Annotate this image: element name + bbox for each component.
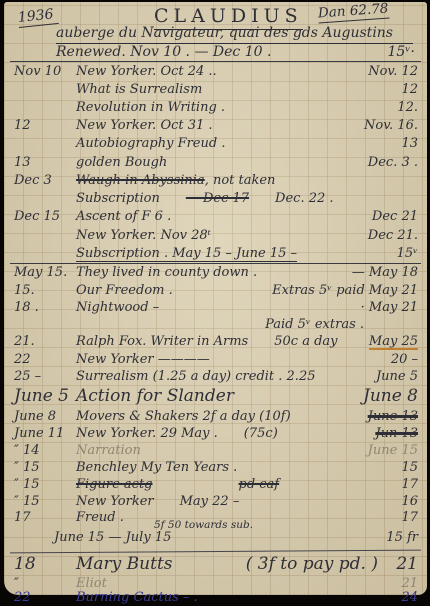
entry-note: Dec. 22 . xyxy=(275,192,333,205)
library-card-photo: { "palette": { "paper": "#d8cdb1", "ink"… xyxy=(0,0,430,606)
return-date: 13 xyxy=(401,137,418,150)
fee-note: Paid 5ᵛ extras . xyxy=(265,318,364,331)
rate-note: (75c) xyxy=(244,427,278,440)
book-title-struck: Waugh in Abyssinia xyxy=(76,174,205,187)
entry-date: ″ 15 xyxy=(14,461,76,474)
subscription-fee: 15ᵛ xyxy=(397,247,418,260)
fee-note: Extras 5ᵛ paid May 21 xyxy=(272,284,418,297)
return-date: June 8 xyxy=(363,388,418,405)
book-title: New Yorker ———— xyxy=(76,353,210,366)
book-title-struck: Figure actg xyxy=(76,478,153,491)
entry-date: Dec 15 xyxy=(14,210,76,223)
entry-date: ″ 15 xyxy=(14,495,76,508)
book-title: Burning Cactus – . xyxy=(76,591,198,604)
ledger-row: 12New Yorker. Oct 31 .Nov. 16. xyxy=(14,119,418,137)
book-title: New Yorker. 29 May . xyxy=(76,427,218,440)
return-date: Dec 21. xyxy=(368,229,418,242)
ledger-row: Revolution in Writing .12. xyxy=(14,101,418,119)
book-title: New Yorker. Nov 28ᵗ xyxy=(76,229,211,242)
subscription-rule xyxy=(10,263,421,264)
subscription-text: June 15 — July 15 xyxy=(54,531,171,544)
return-date: Dec 21 xyxy=(372,210,418,223)
entry-date: 13 xyxy=(14,156,76,169)
book-title: New Yorker. Oct 31 . xyxy=(76,119,213,132)
entry-date: June 11 xyxy=(14,427,76,440)
fee-note: 5f 50 towards sub. xyxy=(154,520,253,531)
header-rule xyxy=(10,61,421,62)
ledger-row: 22Burning Cactus – .24 xyxy=(14,591,418,606)
ledger-row: 21.Ralph Fox. Writer in Arms50c a dayMay… xyxy=(14,335,418,353)
entry-date: 21. xyxy=(14,335,76,348)
renewed-line: Renewed. Nov 10 . — Dec 10 . 15ᵛ· xyxy=(56,44,415,60)
entry-date: May 15. xyxy=(14,266,76,279)
entry-date: 22 xyxy=(14,591,76,604)
return-date-struck: Jun 13 xyxy=(375,427,418,440)
entry-date: ″ 14 xyxy=(14,444,76,457)
book-title: Ascent of F 6 . xyxy=(76,210,171,223)
subscription-text: Subscription . May 15 – June 15 – xyxy=(76,247,297,262)
ledger-row: Dec 15Ascent of F 6 .Dec 21 xyxy=(14,210,418,228)
book-title: What is Surrealism xyxy=(76,83,202,96)
ledger-row: New Yorker. Nov 28ᵗDec 21. xyxy=(14,229,418,247)
section-rule xyxy=(10,550,421,554)
subscription-row: June 15 — July 1515 fr xyxy=(14,531,418,549)
return-date: Nov. 12 xyxy=(368,65,418,78)
return-date: 12. xyxy=(397,101,418,114)
ledger-row: Dec 3Waugh in Abyssinia, not taken xyxy=(14,174,418,192)
entry-date: June 8 xyxy=(14,410,76,423)
return-date: 12 xyxy=(401,83,418,96)
book-title: Eliot xyxy=(76,577,107,590)
entry-date: ″ xyxy=(14,577,76,590)
ledger-row: ″ 15Benchley My Ten Years .15 xyxy=(14,461,418,479)
book-title: Autobiography Freud . xyxy=(76,137,225,150)
entry-date: 17 xyxy=(14,511,76,524)
member-address: auberge du Navigateur, quai des gds Augu… xyxy=(56,25,413,44)
return-date: June 15 xyxy=(368,444,418,457)
ledger-row: Autobiography Freud .13 xyxy=(14,137,418,155)
ledger-row: Nov 10New Yorker. Oct 24 ..Nov. 12 xyxy=(14,65,418,83)
issue-date: May 22 – xyxy=(180,495,240,508)
entry-note: , not taken xyxy=(205,174,276,187)
return-date: — May 18 xyxy=(352,266,418,279)
book-title: Mary Butts xyxy=(76,556,173,573)
book-title: Surrealism (1.25 a day) credit . 2.25 xyxy=(76,370,315,383)
book-title: Freud . xyxy=(76,511,124,524)
book-title: Nightwood – xyxy=(76,301,159,314)
return-date: 21 xyxy=(378,577,418,590)
date-struck: — Dec 17 xyxy=(186,192,249,205)
ledger-card: 1936 CLAUDIUS Dan 62.78 auberge du Navig… xyxy=(4,2,427,595)
book-title: Benchley My Ten Years . xyxy=(76,461,237,474)
book-title: Action for Slander xyxy=(76,388,234,405)
book-title: Revolution in Writing . xyxy=(76,101,225,114)
book-title: Narration xyxy=(76,444,141,457)
return-date: May 25 xyxy=(369,335,418,350)
entry-date: 18 . xyxy=(14,301,76,314)
renewed-fee: 15ᵛ· xyxy=(388,44,415,60)
subscription-text: Subscription xyxy=(76,192,160,205)
subscription-fee: 15 fr xyxy=(386,531,418,544)
entry-date: 12 xyxy=(14,119,76,132)
ledger-row: What is Surrealism12 xyxy=(14,83,418,101)
ledger-row: May 15.They lived in county down .— May … xyxy=(14,266,418,284)
book-title: Ralph Fox. Writer in Arms xyxy=(76,335,248,348)
ledger-row: June 11New Yorker. 29 May .(75c)Jun 13 xyxy=(14,427,418,445)
return-date: Dec. 3 . xyxy=(368,156,418,169)
renewed-text: Renewed. Nov 10 . — Dec 10 . xyxy=(56,44,271,60)
entry-date: ″ 15 xyxy=(14,478,76,491)
return-date: 15 xyxy=(401,461,418,474)
ledger-row: Subscription— Dec 17Dec. 22 . xyxy=(14,192,418,210)
book-title: golden Bough xyxy=(76,156,167,169)
return-date: Nov. 16. xyxy=(364,119,418,132)
entry-date: 18 xyxy=(14,556,76,573)
entry-date: 22 xyxy=(14,353,76,366)
book-title: New Yorker xyxy=(76,495,154,508)
return-date: 24 xyxy=(378,591,418,604)
book-title: Our Freedom . xyxy=(76,284,173,297)
return-date: 16 xyxy=(401,495,418,508)
entry-date: Dec 3 xyxy=(14,174,76,187)
return-date-struck: June 13 xyxy=(368,410,418,423)
rate-note: 50c a day xyxy=(274,335,337,348)
entry-date: Nov 10 xyxy=(14,65,76,78)
fee-note: ( 3f to pay pd. ) xyxy=(246,556,378,573)
phone-number: Dan 62.78 xyxy=(318,1,390,24)
book-title: They lived in county down . xyxy=(76,266,257,279)
note-struck: pd caf xyxy=(239,478,280,491)
return-date: June 5 xyxy=(376,370,418,383)
ledger-row: 13golden BoughDec. 3 . xyxy=(14,156,418,174)
entry-date: 25 – xyxy=(14,370,76,383)
entry-date: June 5 xyxy=(14,388,76,405)
ledger-row: 15.Our Freedom .Extras 5ᵛ paid May 21 xyxy=(14,284,418,302)
book-title: Movers & Shakers 2f a day (10f) xyxy=(76,410,291,423)
return-date: · May 21 xyxy=(361,301,418,314)
book-title: New Yorker. Oct 24 .. xyxy=(76,65,217,78)
return-date: 20 – xyxy=(391,353,418,366)
card-year: 1936 xyxy=(17,6,58,28)
return-date: 21 xyxy=(378,556,418,573)
entry-date: 15. xyxy=(14,284,76,297)
return-date: 17 xyxy=(401,478,418,491)
